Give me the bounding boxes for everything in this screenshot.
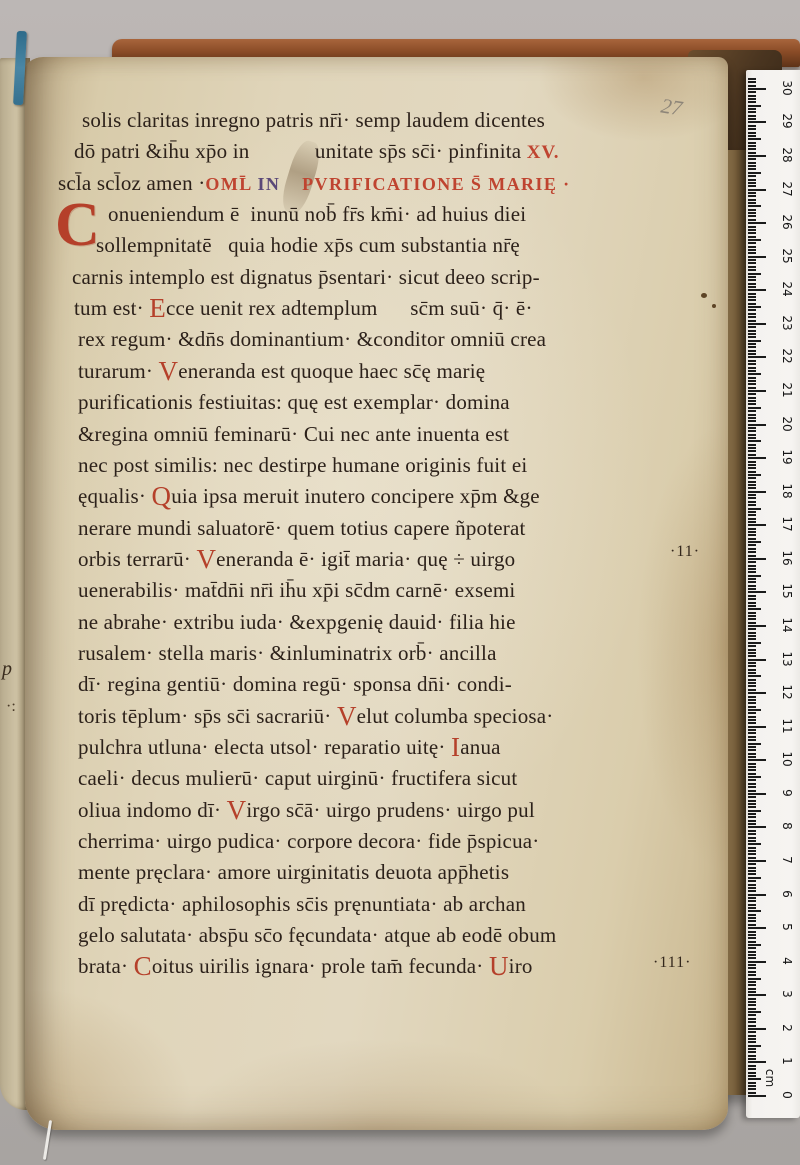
ruler-tick (748, 1018, 756, 1020)
text-segment: Q (152, 481, 172, 511)
ruler-number: 5 (778, 916, 794, 938)
ruler-number: 9 (778, 782, 794, 804)
ruler-tick (748, 111, 756, 113)
ruler-tick (748, 941, 756, 943)
text-segment: iro (509, 954, 533, 978)
ruler-tick (748, 749, 756, 751)
ruler-tick (748, 732, 756, 734)
manuscript-line: onueniendum ē inunū nob̄ fr̄s km̄i· ad h… (108, 200, 526, 231)
ruler-tick (748, 313, 756, 315)
ruler-tick (748, 595, 756, 597)
ruler-tick (748, 907, 756, 909)
ruler-tick (748, 743, 761, 745)
ruler-tick (748, 991, 756, 993)
ruler-tick (748, 524, 766, 526)
ruler-number: 30 (778, 77, 794, 99)
manuscript-line: cherrima· uirgo pudica· corpore decora· … (78, 827, 540, 858)
ruler-tick (748, 776, 761, 778)
ruler-tick (748, 269, 756, 271)
ruler-tick (748, 612, 756, 614)
ruler-tick (748, 692, 766, 694)
text-segment: dī prędicta· aphilosophis sc̄is pręnunti… (78, 892, 526, 916)
ruler-tick (748, 578, 756, 580)
ruler-tick (748, 403, 756, 405)
text-segment: mente pręclara· amore uirginitatis deuot… (78, 860, 509, 884)
text-segment: oliua indomo dī· (78, 798, 227, 822)
ruler-tick (748, 494, 756, 496)
ruler-tick (748, 373, 761, 375)
ruler-tick (748, 588, 756, 590)
ruler-tick (748, 1082, 756, 1084)
ruler-tick (748, 326, 756, 328)
text-segment: E (149, 293, 166, 323)
ruler-tick (748, 773, 756, 775)
ruler-tick (748, 1048, 756, 1050)
ruler-tick (748, 229, 756, 231)
ruler-tick (748, 857, 756, 859)
ruler-number: 6 (778, 883, 794, 905)
ruler-tick (748, 424, 766, 426)
ruler-tick (748, 252, 756, 254)
ruler-tick (748, 531, 756, 533)
manuscript-line: dō patri &ih̄u xp̄o in unitate sp̄s sc̄i… (74, 137, 560, 168)
ruler-tick (748, 195, 756, 197)
ruler-tick (748, 981, 756, 983)
manuscript-line: nerare mundi saluatorē· quem totius cape… (78, 514, 526, 545)
ruler-tick (748, 296, 756, 298)
ruler-number: 28 (778, 144, 794, 166)
ruler-tick (748, 964, 756, 966)
ruler-tick (748, 101, 756, 103)
ruler-tick (748, 484, 756, 486)
manuscript-line: dī· regina gentiū· domina regū· sponsa d… (78, 670, 512, 701)
ruler-tick (748, 1038, 756, 1040)
ruler-tick (748, 880, 756, 882)
ruler-tick (748, 638, 756, 640)
manuscript-line: turarum· Veneranda est quoque haec sc̄ę … (78, 357, 485, 388)
manuscript-line: pulchra utluna· electa utsol· reparatio … (78, 733, 501, 764)
ruler-number: 17 (778, 513, 794, 535)
ruler-tick (748, 81, 756, 83)
ruler-tick (748, 598, 756, 600)
ruler-tick (748, 189, 766, 191)
ruler-tick (748, 779, 756, 781)
ruler-tick (748, 162, 756, 164)
ruler-tick (748, 343, 756, 345)
ruler-tick (748, 645, 756, 647)
manuscript-line: uenerabilis· mat̄dn̄i nr̄i ih̄u xp̄i sc̄… (78, 576, 515, 607)
text-segment: rex regum· &dn̄s dominantium· &conditor … (78, 327, 546, 351)
ruler-tick (748, 860, 766, 862)
ruler-tick (748, 1011, 761, 1013)
ruler-tick (748, 810, 761, 812)
ruler-tick (748, 994, 766, 996)
ruler-tick (748, 128, 756, 130)
ruler-tick (748, 148, 756, 150)
ruler-tick (748, 769, 756, 771)
ruler-tick (748, 961, 766, 963)
text-segment: dī· regina gentiū· domina regū· sponsa d… (78, 672, 512, 696)
text-segment: cherrima· uirgo pudica· corpore decora· … (78, 829, 540, 853)
ruler-tick (748, 209, 756, 211)
ruler-tick (748, 1045, 761, 1047)
ruler-tick (748, 440, 761, 442)
ruler-tick (748, 877, 761, 879)
text-segment: toris tēplum· sp̄s sc̄i sacrariū· (78, 704, 337, 728)
ruler-tick (748, 142, 756, 144)
ruler-tick (748, 618, 756, 620)
ruler-tick (748, 497, 756, 499)
ruler-tick (748, 407, 761, 409)
ruler-tick (748, 501, 756, 503)
text-segment: onueniendum ē inunū nob̄ fr̄s km̄i· ad h… (108, 202, 526, 226)
ruler-tick (748, 444, 756, 446)
ruler-tick (748, 1004, 756, 1006)
manuscript-line: ęqualis· Quia ipsa meruit inutero concip… (78, 482, 540, 513)
manuscript-line: dī prędicta· aphilosophis sc̄is pręnunti… (78, 890, 526, 921)
ruler-tick (748, 232, 756, 234)
ruler-tick (748, 937, 756, 939)
ruler-tick (748, 1031, 756, 1033)
ruler-tick (748, 568, 756, 570)
ruler-tick (748, 481, 756, 483)
ruler-tick (748, 682, 756, 684)
text-segment: purificationis festiuitas: quę est exemp… (78, 390, 510, 414)
ruler-tick (748, 850, 756, 852)
ruler-tick (748, 508, 761, 510)
ruler-tick (748, 954, 756, 956)
ruler-tick (748, 729, 756, 731)
ruler-tick (748, 786, 756, 788)
ruler-tick (748, 182, 756, 184)
ruler-tick (748, 367, 756, 369)
ruler-tick (748, 884, 756, 886)
manuscript-page: 27 ·11· ·111· C solis claritas inregno p… (25, 57, 728, 1130)
text-segment: orbis terrarū· (78, 547, 196, 571)
manuscript-line: &regina omniū feminarū· Cui nec ante inu… (78, 420, 509, 451)
ruler-tick (748, 706, 756, 708)
ruler-tick (748, 736, 756, 738)
ruler-tick (748, 172, 761, 174)
ruler-tick (748, 215, 756, 217)
text-segment: sollempnitatē quia hodie xp̄s cum substa… (96, 233, 520, 257)
ruler-tick (748, 330, 756, 332)
ruler-tick (748, 840, 756, 842)
text-segment: pulchra utluna· electa utsol· reparatio … (78, 735, 451, 759)
ruler-tick (748, 847, 756, 849)
ruler-tick (748, 242, 756, 244)
ruler-tick (748, 219, 756, 221)
ruler-number: 8 (778, 815, 794, 837)
ruler-tick (748, 427, 756, 429)
ruler-tick (748, 286, 756, 288)
ruler-tick (748, 759, 766, 761)
ruler-tick (748, 756, 756, 758)
ruler-tick (748, 1025, 756, 1027)
ruler-tick (748, 934, 756, 936)
text-segment: nec post similis: nec destirpe humane or… (78, 453, 527, 477)
ruler-tick (748, 356, 766, 358)
ruler-tick (748, 309, 756, 311)
ruler-tick (748, 998, 756, 1000)
ruler-tick (748, 679, 756, 681)
ruler-tick (748, 685, 756, 687)
ruler-tick (748, 266, 756, 268)
ruler-tick (748, 461, 756, 463)
ruler-tick (748, 514, 756, 516)
ruler-tick (748, 675, 761, 677)
ruler-tick (748, 293, 756, 295)
ruler-tick (748, 800, 756, 802)
ruler-tick (748, 538, 756, 540)
text-segment: V (159, 356, 179, 386)
ruler-tick (748, 132, 756, 134)
manuscript-line: orbis terrarū· Veneranda ē· igit̄ maria·… (78, 545, 515, 576)
manuscript-line: rusalem· stella maris· &inluminatrix orb… (78, 639, 497, 670)
ruler-number: 10 (778, 748, 794, 770)
ruler-tick (748, 276, 756, 278)
ruler-tick (748, 467, 756, 469)
ruler-tick (748, 91, 756, 93)
ruler-tick (748, 544, 756, 546)
ruler-tick (748, 1085, 756, 1087)
ruler-tick (748, 1051, 756, 1053)
text-segment: turarum· (78, 359, 159, 383)
ruler-tick (748, 380, 756, 382)
ruler-tick (748, 974, 756, 976)
ruler-tick (748, 1075, 756, 1077)
ruler-tick (748, 558, 766, 560)
text-segment: elut columba speciosa· (357, 704, 554, 728)
manuscript-line: mente pręclara· amore uirginitatis deuot… (78, 858, 509, 889)
ruler-tick (748, 363, 756, 365)
ruler-tick (748, 887, 756, 889)
ruler-tick (748, 236, 756, 238)
ruler-number: 1 (778, 1050, 794, 1072)
ruler-tick (748, 753, 756, 755)
ruler-tick (748, 575, 761, 577)
text-segment: carnis intemplo est dignatus p̄sentari· … (72, 265, 540, 289)
ruler-tick (748, 591, 766, 593)
ruler-tick (748, 350, 756, 352)
ruler-number: 21 (778, 379, 794, 401)
ruler-tick (748, 863, 756, 865)
ruler-tick (748, 152, 756, 154)
text-segment: PVRIFICATIONE S̄ MARIĘ · (302, 174, 570, 194)
ruler-tick (748, 716, 756, 718)
ruler-tick (748, 306, 761, 308)
manuscript-line: rex regum· &dn̄s dominantium· &conditor … (78, 325, 546, 356)
ruler-tick (748, 947, 756, 949)
ruler-tick (748, 158, 756, 160)
ruler-tick (748, 790, 756, 792)
ruler-number: 12 (778, 681, 794, 703)
ruler-tick (748, 967, 756, 969)
ruler-tick (748, 168, 756, 170)
ruler-tick (748, 1001, 756, 1003)
offset-ink-letter: p (2, 658, 12, 681)
ruler-tick (748, 491, 766, 493)
manuscript-line: solis claritas inregno patris nr̄i· semp… (82, 106, 545, 137)
ruler-number: 23 (778, 312, 794, 334)
ruler-tick (748, 927, 766, 929)
ruler-tick (748, 333, 756, 335)
ruler-tick (748, 226, 756, 228)
ruler-tick (748, 249, 756, 251)
ruler-tick (748, 118, 756, 120)
ruler-number: 0 (778, 1084, 794, 1106)
ruler-tick (748, 521, 756, 523)
ruler-tick (748, 726, 766, 728)
ruler-tick (748, 85, 756, 87)
ruler-number: 2 (778, 1017, 794, 1039)
ruler-tick (748, 262, 756, 264)
ruler-tick (748, 689, 756, 691)
ruler-tick (748, 823, 756, 825)
ruler-tick (748, 890, 756, 892)
ruler-tick (748, 555, 756, 557)
ruler-tick (748, 548, 756, 550)
ruler-tick (748, 608, 761, 610)
ruler-tick (748, 199, 756, 201)
text-segment: XV. (527, 142, 560, 163)
ruler-tick (748, 746, 756, 748)
ruler-tick (748, 165, 756, 167)
ruler-tick (748, 303, 756, 305)
ruler-tick (748, 988, 756, 990)
ruler-tick (748, 635, 756, 637)
ruler-tick (748, 256, 766, 258)
ruler-tick (748, 400, 756, 402)
ruler-tick (748, 121, 766, 123)
ruler-tick (748, 360, 756, 362)
photo-scene: p ·: 27 ·11· ·111· C solis claritas inre… (0, 0, 800, 1165)
ruler-tick (748, 457, 766, 459)
ruler-tick (748, 316, 756, 318)
ruler-tick (748, 984, 756, 986)
ruler-tick (748, 1055, 756, 1057)
ruler-tick (748, 662, 756, 664)
ruler-tick (748, 353, 756, 355)
text-segment: uia ipsa meruit inutero concipere xp̄m &… (171, 484, 540, 508)
ruler-unit-label: cm (761, 1065, 777, 1091)
ruler-tick (748, 1041, 756, 1043)
ruler-tick (748, 816, 756, 818)
ruler-tick (748, 957, 756, 959)
ruler-tick (748, 434, 756, 436)
ruler-tick (748, 665, 756, 667)
ruler-tick (748, 632, 756, 634)
ruler-tick (748, 420, 756, 422)
ruler-tick (748, 1092, 756, 1094)
ruler-tick (748, 766, 756, 768)
ruler-tick (748, 565, 756, 567)
ruler-tick (748, 383, 756, 385)
ruler-tick (748, 387, 756, 389)
ruler-tick (748, 551, 756, 553)
ruler-tick (748, 377, 756, 379)
ruler-tick (748, 464, 756, 466)
ruler-tick (748, 971, 756, 973)
ruler-tick (748, 803, 756, 805)
ruler-tick (748, 471, 756, 473)
text-segment: C (134, 951, 152, 981)
ruler-tick (748, 561, 756, 563)
ruler-tick (748, 414, 756, 416)
ruler-tick (748, 910, 761, 912)
ruler-tick (748, 1028, 766, 1030)
ruler-tick (748, 605, 756, 607)
text-segment: OML̄ (205, 174, 257, 194)
ruler-tick (748, 712, 756, 714)
ruler-tick (748, 1078, 761, 1080)
text-segment (280, 171, 302, 195)
ruler-tick (748, 870, 756, 872)
ruler-tick (748, 830, 756, 832)
ruler-tick (748, 642, 761, 644)
ruler-number: 24 (778, 278, 794, 300)
ruler-tick (748, 192, 756, 194)
text-segment: irgo sc̄ā· uirgo prudens· uirgo pul (246, 798, 535, 822)
ruler-tick (748, 813, 756, 815)
text-segment: V (337, 701, 357, 731)
ruler-tick (748, 826, 766, 828)
ruler-tick (748, 1021, 756, 1023)
text-segment: nerare mundi saluatorē· quem totius cape… (78, 516, 526, 540)
ruler-number: 22 (778, 345, 794, 367)
text-segment: I (451, 732, 460, 762)
text-segment: U (489, 951, 509, 981)
manuscript-line: carnis intemplo est dignatus p̄sentari· … (72, 263, 540, 294)
ruler-tick (748, 904, 756, 906)
ruler-tick (748, 212, 756, 214)
ruler-tick (748, 504, 756, 506)
ruler-tick (748, 450, 756, 452)
ruler-tick (748, 78, 756, 80)
ruler-tick (748, 279, 756, 281)
ruler-tick (748, 783, 756, 785)
ruler-tick (748, 477, 756, 479)
text-segment: brata· (78, 954, 134, 978)
ruler-number: 15 (778, 580, 794, 602)
text-segment: V (196, 544, 216, 574)
ruler-tick (748, 534, 756, 536)
ruler-tick (748, 528, 756, 530)
ruler-tick (748, 763, 756, 765)
ruler-tick (748, 145, 756, 147)
ruler-tick (748, 951, 756, 953)
ruler-tick (748, 299, 756, 301)
ruler-tick (748, 125, 756, 127)
ruler-number: 11 (778, 715, 794, 737)
ruler-tick (748, 739, 756, 741)
manuscript-line: brata· Coitus uirilis ignara· prole tam̄… (78, 952, 533, 983)
ruler-tick (748, 105, 761, 107)
text-segment: tum est· (74, 296, 149, 320)
ruler-tick (748, 518, 756, 520)
ruler-number: 25 (778, 245, 794, 267)
ruler-tick (748, 920, 756, 922)
ruler-tick (748, 370, 756, 372)
ruler-tick (748, 820, 756, 822)
ruler-tick (748, 474, 761, 476)
offset-ink-dots: ·: (6, 698, 16, 716)
ruler-tick (748, 541, 761, 543)
text-segment: solis claritas inregno patris nr̄i· semp… (82, 108, 545, 132)
ruler-number: 4 (778, 950, 794, 972)
ruler-tick (748, 390, 766, 392)
ruler-number: 3 (778, 983, 794, 1005)
